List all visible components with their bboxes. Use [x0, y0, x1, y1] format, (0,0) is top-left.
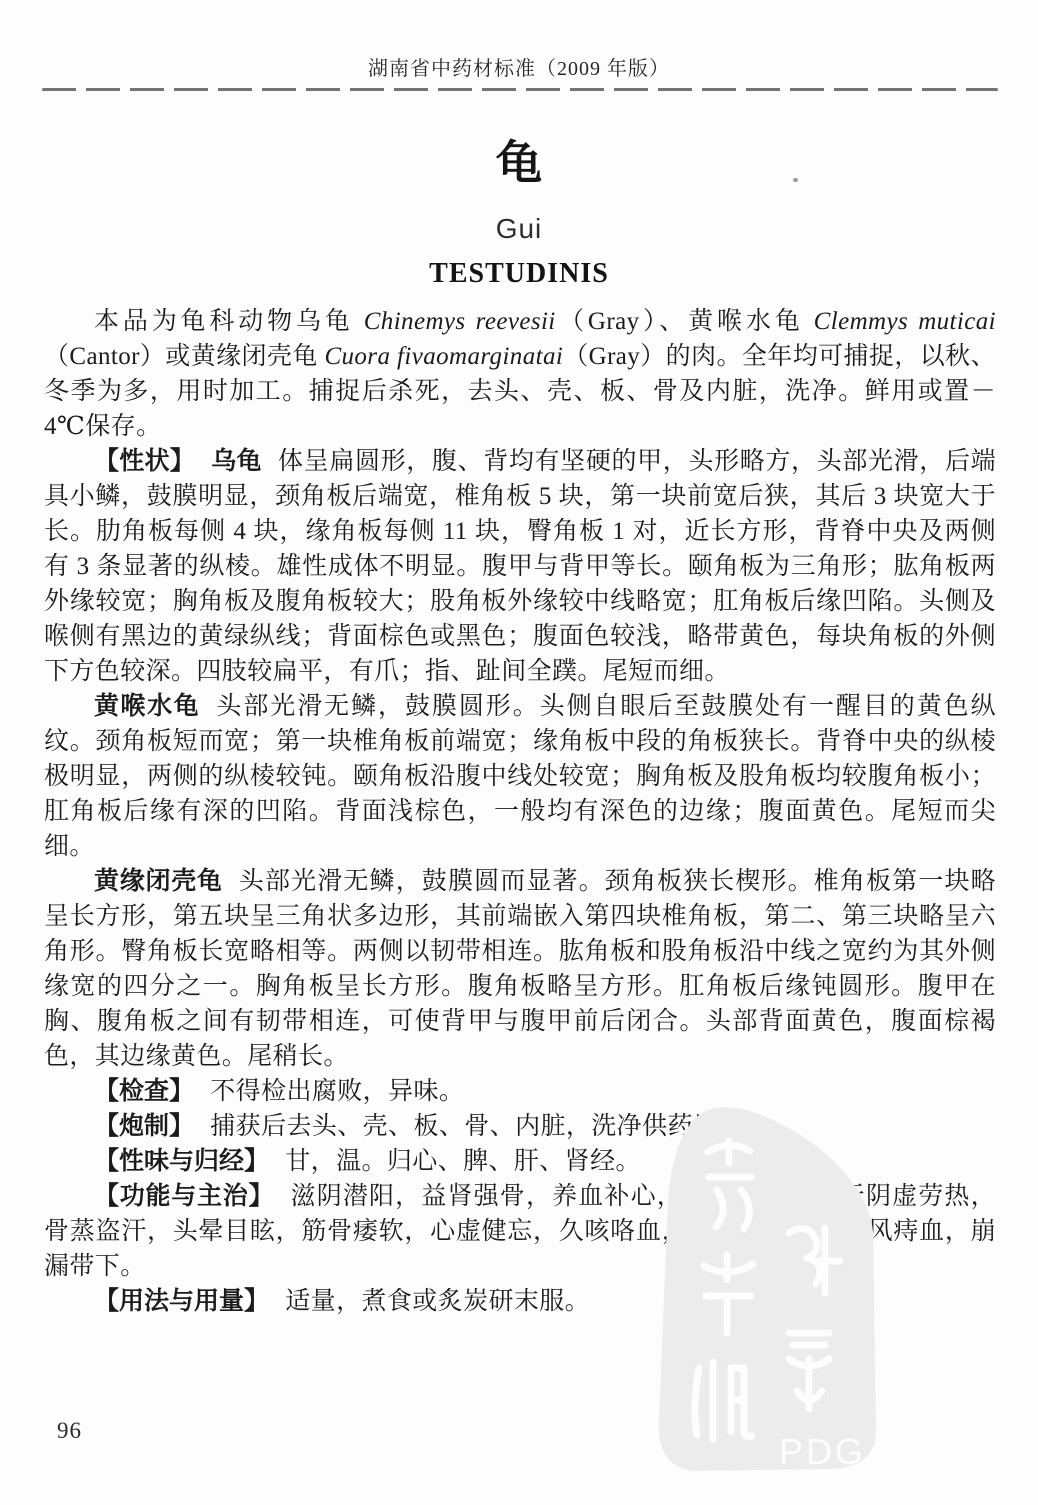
drug-title: 龟: [0, 126, 1038, 193]
paragraph-jiancha: 【检查】不得检出腐败，异味。: [44, 1074, 996, 1109]
monograph-body: 本品为龟科动物乌龟 Chinemys reevesii（Gray）、黄喉水龟 C…: [44, 304, 996, 1319]
body-text: 本品为龟科动物乌龟: [94, 308, 364, 335]
section-label-jiancha: 【检查】: [94, 1077, 194, 1105]
paragraph-description: 【性状】乌龟体呈扁圆形，腹、背均有坚硬的甲，头形略方，头部光滑，后端具小鳞，鼓膜…: [44, 444, 996, 689]
paragraph-yongfa: 【用法与用量】适量，煮食或炙炭研末服。: [44, 1284, 996, 1319]
body-text: 不得检出腐败，异味。: [210, 1078, 464, 1105]
body-text: （Cantor）或黄缘闭壳龟: [44, 343, 324, 370]
latin-species-name: Clemmys muticai: [814, 308, 996, 335]
body-text: 捕获后去头、壳、板、骨、内脏，洗净供药用。: [210, 1113, 743, 1140]
paragraph-huanghoushuigui: 黄喉水龟头部光滑无鳞，鼓膜圆形。头侧自眼后至鼓膜处有一醒目的黄色纵纹。颈角板短而…: [44, 689, 996, 864]
pinyin-title: Gui: [0, 213, 1038, 245]
running-header: 湖南省中药材标准（2009 年版）: [0, 52, 1038, 81]
section-label-gongneng-zhuzhi: 【功能与主治】: [94, 1182, 274, 1210]
section-label-xingzhuang: 【性状】: [94, 447, 195, 475]
latin-title: TESTUDINIS: [0, 258, 1038, 290]
page-number: 96: [57, 1418, 82, 1444]
document-page: 湖南省中药材标准（2009 年版） 龟 Gui TESTUDINIS 本品为龟科…: [0, 0, 1038, 1505]
paragraph-paozhi: 【炮制】捕获后去头、壳、板、骨、内脏，洗净供药用。: [44, 1109, 996, 1144]
paragraph-gongneng: 【功能与主治】滋阴潜阳，益肾强骨，养血补心，调经止带。用于阴虚劳热，骨蒸盗汗，头…: [44, 1179, 996, 1284]
paragraph-xingwei: 【性味与归经】甘，温。归心、脾、肝、肾经。: [44, 1144, 996, 1179]
scan-speck: [793, 178, 798, 182]
section-label-xingwei-guijing: 【性味与归经】: [94, 1147, 269, 1175]
body-text: （Gray）、黄喉水龟: [556, 308, 814, 335]
pdg-label: PDG: [779, 1431, 866, 1472]
body-text: 甘，温。归心、脾、肝、肾经。: [285, 1148, 641, 1175]
paragraph-source: 本品为龟科动物乌龟 Chinemys reevesii（Gray）、黄喉水龟 C…: [44, 304, 996, 444]
body-text: 体呈扁圆形，腹、背均有坚硬的甲，头形略方，头部光滑，后端具小鳞，鼓膜明显，颈角板…: [44, 448, 996, 685]
section-label-yongfa-yongliang: 【用法与用量】: [94, 1287, 269, 1315]
paragraph-huangyuanbikegui: 黄缘闭壳龟头部光滑无鳞，鼓膜圆而显著。颈角板狭长楔形。椎角板第一块略呈长方形，第…: [44, 864, 996, 1074]
body-text: 头部光滑无鳞，鼓膜圆而显著。颈角板狭长楔形。椎角板第一块略呈长方形，第五块呈三角…: [44, 868, 996, 1070]
section-label-paozhi: 【炮制】: [94, 1112, 194, 1140]
body-text: 适量，煮食或炙炭研末服。: [285, 1288, 590, 1315]
latin-species-name: Chinemys reevesii: [364, 308, 556, 335]
species-name-huangyuanbikegui: 黄缘闭壳龟: [94, 867, 223, 895]
header-rule: [42, 88, 998, 91]
species-name-wugui: 乌龟: [211, 447, 262, 475]
species-name-huanghoushuigui: 黄喉水龟: [94, 692, 200, 720]
latin-species-name: Cuora fivaomarginatai: [324, 343, 563, 370]
